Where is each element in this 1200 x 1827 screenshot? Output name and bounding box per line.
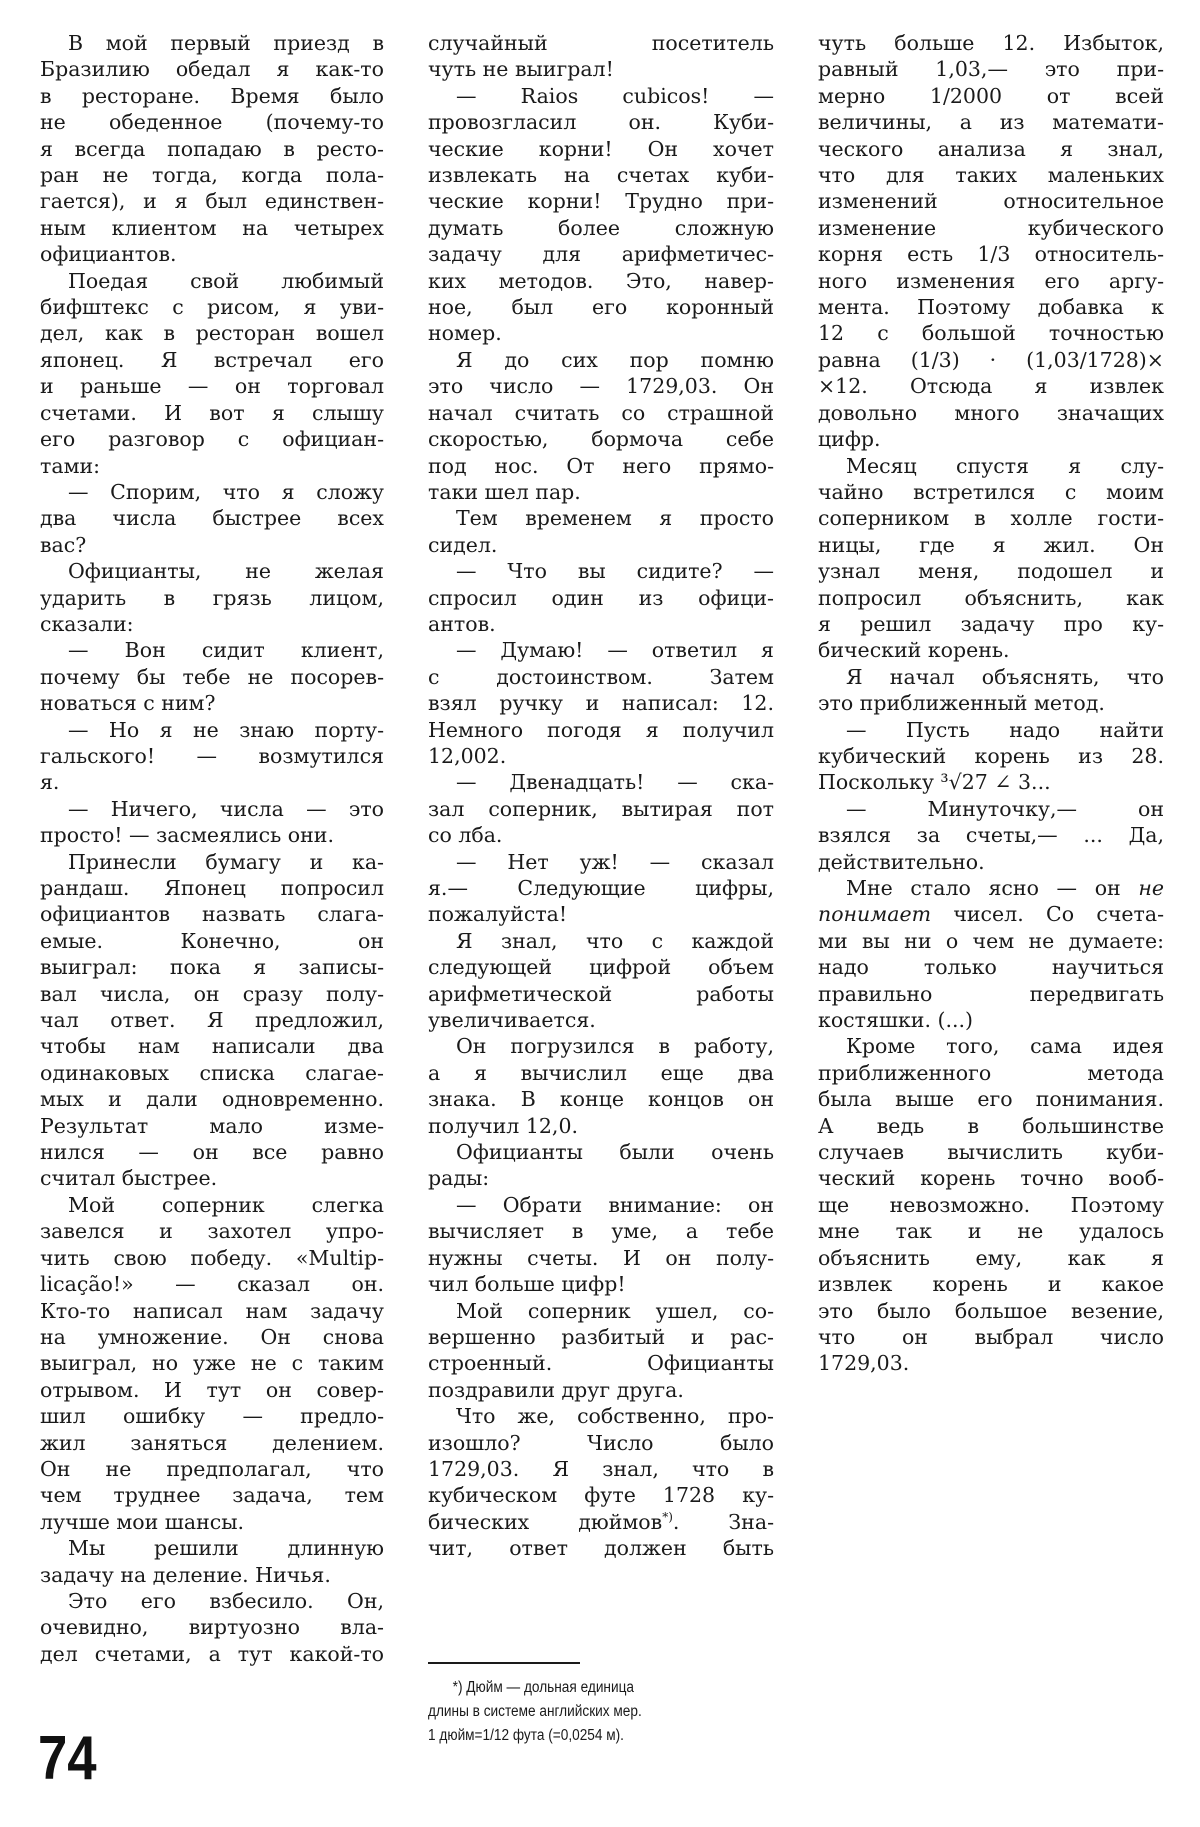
- text-line: вычисляет в уме, а тебе: [428, 1218, 774, 1244]
- text-line: рандаш. Японец попросил: [40, 875, 384, 901]
- text-line: знака. В конце концов он: [428, 1086, 774, 1112]
- text-line: чал ответ. Я предложил,: [40, 1007, 384, 1033]
- text-line: лучше мои шансы.: [40, 1509, 384, 1535]
- text-line: ческий корень точно вооб-: [818, 1165, 1164, 1191]
- text-line: корня есть 1/3 относитель-: [818, 241, 1164, 267]
- text-line: антов.: [428, 611, 774, 637]
- text-column-3: чуть больше 12. Избыток,равный 1,03,— эт…: [818, 30, 1164, 1377]
- text-line: А ведь в большинстве: [818, 1113, 1164, 1139]
- text-line: Бразилию обедал я как-то: [40, 56, 384, 82]
- text-line: гается), и я был единствен-: [40, 188, 384, 214]
- text-line: Тем временем я просто: [428, 505, 774, 531]
- text-line: Это его взбесило. Он,: [40, 1588, 384, 1614]
- text-line: ще невозможно. Поэтому: [818, 1192, 1164, 1218]
- text-line: почему бы тебе не посорев-: [40, 664, 384, 690]
- text-line: равна (1/3) · (1,03/1728)×: [818, 347, 1164, 373]
- text-line: была выше его понимания.: [818, 1086, 1164, 1112]
- text-line: чуть не выиграл!: [428, 56, 774, 82]
- text-line: — Но я не знаю порту-: [40, 717, 384, 743]
- text-line: Результат мало изме-: [40, 1113, 384, 1139]
- text-line: завелся и захотел упро-: [40, 1218, 384, 1244]
- text-line: попросил объяснить, как: [818, 585, 1164, 611]
- text-line: со лба.: [428, 822, 774, 848]
- text-line: чем труднее задача, тем: [40, 1482, 384, 1508]
- text-line: строенный. Официанты: [428, 1350, 774, 1376]
- text-line: ческого анализа я знал,: [818, 136, 1164, 162]
- text-line: ударить в грязь лицом,: [40, 585, 384, 611]
- text-line: ницы, где я жил. Он: [818, 532, 1164, 558]
- text-line: следующей цифрой объем: [428, 954, 774, 980]
- text-line: — Что вы сидите? —: [428, 558, 774, 584]
- text-line: мне так и не удалось: [818, 1218, 1164, 1244]
- text-line: это число — 1729,03. Он: [428, 373, 774, 399]
- text-line: официантов назвать слага-: [40, 901, 384, 927]
- text-line: японец. Я встречал его: [40, 347, 384, 373]
- text-line: изошло? Число было: [428, 1430, 774, 1456]
- text-line: я.— Следующие цифры,: [428, 875, 774, 901]
- text-line: чуть больше 12. Избыток,: [818, 30, 1164, 56]
- text-line: 12,002.: [428, 743, 774, 769]
- text-line: — Ничего, числа — это: [40, 796, 384, 822]
- text-line: бических дюймов*). Зна-: [428, 1509, 774, 1535]
- page-number: 74: [38, 1728, 97, 1790]
- text-line: два числа быстрее всех: [40, 505, 384, 531]
- text-line: надо только научиться: [818, 954, 1164, 980]
- text-line: а я вычислил еще два: [428, 1060, 774, 1086]
- text-column-1: В мой первый приезд вБразилию обедал я к…: [40, 30, 384, 1667]
- text-column-2: случайный посетительчуть не выиграл!— Ra…: [428, 30, 774, 1562]
- text-line: что он выбрал число: [818, 1324, 1164, 1350]
- text-line: величины, а из математи-: [818, 109, 1164, 135]
- text-line: в ресторане. Время было: [40, 83, 384, 109]
- text-line: ческие корни! Он хочет: [428, 136, 774, 162]
- text-line: ное, был его коронный: [428, 294, 774, 320]
- text-line: арифметической работы: [428, 981, 774, 1007]
- text-line: просто! — засмеялись они.: [40, 822, 384, 848]
- text-line: — Вон сидит клиент,: [40, 637, 384, 663]
- text-line: Я до сих пор помню: [428, 347, 774, 373]
- text-line: Мой соперник ушел, со-: [428, 1298, 774, 1324]
- text-line: ких методов. Это, навер-: [428, 268, 774, 294]
- text-line: провозгласил он. Куби-: [428, 109, 774, 135]
- text-line: чайно встретился с моим: [818, 479, 1164, 505]
- text-line: — Пусть надо найти: [818, 717, 1164, 743]
- text-line: дел, как в ресторан вошел: [40, 320, 384, 346]
- text-line: узнал меня, подошел и: [818, 558, 1164, 584]
- text-line: мых и дали одновременно.: [40, 1086, 384, 1112]
- text-line: считал быстрее.: [40, 1165, 384, 1191]
- text-line: гальского! — возмутился: [40, 743, 384, 769]
- text-line: 12 с большой точностью: [818, 320, 1164, 346]
- text-line: 1729,03.: [818, 1350, 1164, 1376]
- text-line: взялся за счеты,— ... Да,: [818, 822, 1164, 848]
- text-line: официантов.: [40, 241, 384, 267]
- text-line: понимает чисел. Со счета-: [818, 901, 1164, 927]
- text-line: Официанты, не желая: [40, 558, 384, 584]
- text-line: Немного погодя я получил: [428, 717, 774, 743]
- text-line: выиграл: пока я записы-: [40, 954, 384, 980]
- text-line: шил ошибку — предло-: [40, 1403, 384, 1429]
- text-line: таки шел пар.: [428, 479, 774, 505]
- text-line: Официанты были очень: [428, 1139, 774, 1165]
- text-line: случайный посетитель: [428, 30, 774, 56]
- text-line: получил 12,0.: [428, 1113, 774, 1139]
- text-line: объяснить ему, как я: [818, 1245, 1164, 1271]
- text-line: чить свою победу. «Multip-: [40, 1245, 384, 1271]
- text-line: — Нет уж! — сказал: [428, 849, 774, 875]
- text-line: бифштекс с рисом, я уви-: [40, 294, 384, 320]
- text-line: номер.: [428, 320, 774, 346]
- text-line: взял ручку и написал: 12.: [428, 690, 774, 716]
- text-line: что для таких маленьких: [818, 162, 1164, 188]
- footnote-line: длины в системе английских мер.: [428, 1700, 774, 1724]
- text-line: тами:: [40, 453, 384, 479]
- footnote-divider: [428, 1662, 580, 1664]
- text-line: поздравили друг друга.: [428, 1377, 774, 1403]
- text-line: — Обрати внимание: он: [428, 1192, 774, 1218]
- text-line: новаться с ним?: [40, 690, 384, 716]
- text-line: нился — он все равно: [40, 1139, 384, 1165]
- text-line: я.: [40, 769, 384, 795]
- text-line: Поедая свой любимый: [40, 268, 384, 294]
- text-line: дел счетами, а тут какой-то: [40, 1641, 384, 1667]
- text-line: Что же, собственно, про-: [428, 1403, 774, 1429]
- text-line: Мы решили длинную: [40, 1535, 384, 1561]
- text-line: начал считать со страшной: [428, 400, 774, 426]
- text-line: счетами. И вот я слышу: [40, 400, 384, 426]
- text-line: сидел.: [428, 532, 774, 558]
- text-line: его разговор с официан-: [40, 426, 384, 452]
- text-line: — Двенадцать! — ска-: [428, 769, 774, 795]
- footnote-line: *) Дюйм — дольная единица: [428, 1676, 774, 1700]
- text-line: сказали:: [40, 611, 384, 637]
- text-line: рады:: [428, 1165, 774, 1191]
- text-line: — Спорим, что я сложу: [40, 479, 384, 505]
- text-line: довольно много значащих: [818, 400, 1164, 426]
- text-line: отрывом. И тут он совер-: [40, 1377, 384, 1403]
- text-line: очевидно, виртуозно вла-: [40, 1614, 384, 1640]
- text-line: на умножение. Он снова: [40, 1324, 384, 1350]
- text-line: с достоинством. Затем: [428, 664, 774, 690]
- text-line: спросил один из офици-: [428, 585, 774, 611]
- text-line: это было большое везение,: [818, 1298, 1164, 1324]
- text-line: под нос. От него прямо-: [428, 453, 774, 479]
- text-line: зал соперник, вытирая пот: [428, 796, 774, 822]
- text-line: я решил задачу про ку-: [818, 611, 1164, 637]
- text-line: приближенного метода: [818, 1060, 1164, 1086]
- text-line: licação!» — сказал он.: [40, 1271, 384, 1297]
- text-line: жил заняться делением.: [40, 1430, 384, 1456]
- text-line: чтобы нам написали два: [40, 1033, 384, 1059]
- text-line: — Минуточку,— он: [818, 796, 1164, 822]
- text-line: вас?: [40, 532, 384, 558]
- text-line: костяшки. (...): [818, 1007, 1164, 1033]
- text-line: чит, ответ должен быть: [428, 1535, 774, 1561]
- text-line: В мой первый приезд в: [40, 30, 384, 56]
- text-line: Я начал объяснять, что: [818, 664, 1164, 690]
- text-line: ного изменения его аргу-: [818, 268, 1164, 294]
- text-line: Он погрузился в работу,: [428, 1033, 774, 1059]
- text-line: одинаковых списка слагае-: [40, 1060, 384, 1086]
- text-line: ми вы ни о чем не думаете:: [818, 928, 1164, 954]
- text-line: правильно передвигать: [818, 981, 1164, 1007]
- text-line: Поскольку ³√27 ∠ 3...: [818, 769, 1164, 795]
- text-line: мерно 1/2000 от всей: [818, 83, 1164, 109]
- text-line: соперником в холле гости-: [818, 505, 1164, 531]
- text-line: действительно.: [818, 849, 1164, 875]
- text-line: задачу для арифметичес-: [428, 241, 774, 267]
- text-line: думать более сложную: [428, 215, 774, 241]
- text-line: Я знал, что с каждой: [428, 928, 774, 954]
- text-line: увеличивается.: [428, 1007, 774, 1033]
- text-line: кубический корень из 28.: [818, 743, 1164, 769]
- text-line: вершенно разбитый и рас-: [428, 1324, 774, 1350]
- text-line: Мой соперник слегка: [40, 1192, 384, 1218]
- text-line: кубическом футе 1728 ку-: [428, 1482, 774, 1508]
- text-line: равный 1,03,— это при-: [818, 56, 1164, 82]
- text-line: ×12. Отсюда я извлек: [818, 373, 1164, 399]
- text-line: ческие корни! Трудно при-: [428, 188, 774, 214]
- text-line: пожалуйста!: [428, 901, 774, 927]
- text-line: Принесли бумагу и ка-: [40, 849, 384, 875]
- text-line: чил больше цифр!: [428, 1271, 774, 1297]
- text-line: Кто-то написал нам задачу: [40, 1298, 384, 1324]
- text-line: случаев вычислить куби-: [818, 1139, 1164, 1165]
- text-line: Он не предполагал, что: [40, 1456, 384, 1482]
- text-line: скоростью, бормоча себе: [428, 426, 774, 452]
- text-line: вал числа, он сразу полу-: [40, 981, 384, 1007]
- text-line: выиграл, но уже не с таким: [40, 1350, 384, 1376]
- text-line: нужны счеты. И он полу-: [428, 1245, 774, 1271]
- text-line: — Думаю! — ответил я: [428, 637, 774, 663]
- text-line: ным клиентом на четырех: [40, 215, 384, 241]
- text-line: 1729,03. Я знал, что в: [428, 1456, 774, 1482]
- text-line: бический корень.: [818, 637, 1164, 663]
- text-line: и раньше — он торговал: [40, 373, 384, 399]
- footnote: *) Дюйм — дольная единицадлины в системе…: [428, 1676, 774, 1748]
- text-line: извлек корень и какое: [818, 1271, 1164, 1297]
- text-line: ран не тогда, когда пола-: [40, 162, 384, 188]
- text-line: изменение кубического: [818, 215, 1164, 241]
- text-line: Мне стало ясно — он не: [818, 875, 1164, 901]
- text-line: мента. Поэтому добавка к: [818, 294, 1164, 320]
- text-line: извлекать на счетах куби-: [428, 162, 774, 188]
- text-line: это приближенный метод.: [818, 690, 1164, 716]
- text-line: задачу на деление. Ничья.: [40, 1562, 384, 1588]
- text-line: не обеденное (почему-то: [40, 109, 384, 135]
- footnote-line: 1 дюйм=1/12 фута (=0,0254 м).: [428, 1724, 774, 1748]
- text-line: емые. Конечно, он: [40, 928, 384, 954]
- text-line: — Raios cubicos! —: [428, 83, 774, 109]
- text-line: изменений относительное: [818, 188, 1164, 214]
- text-line: Месяц спустя я слу-: [818, 453, 1164, 479]
- text-line: цифр.: [818, 426, 1164, 452]
- text-line: я всегда попадаю в ресто-: [40, 136, 384, 162]
- text-line: Кроме того, сама идея: [818, 1033, 1164, 1059]
